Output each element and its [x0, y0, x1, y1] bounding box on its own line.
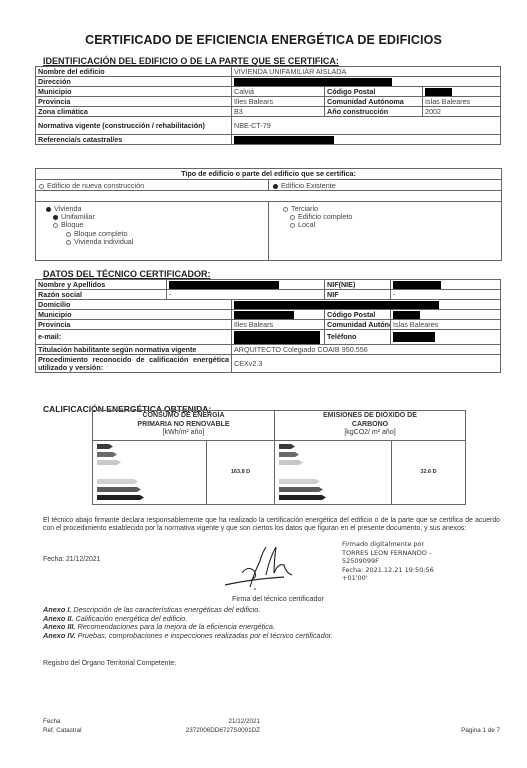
- label-cadastral: Referencia/s catastral/es: [36, 135, 232, 145]
- footer-date-value: 21/12/2021: [140, 718, 260, 725]
- nif-value: -: [391, 290, 501, 300]
- registry-label: Registro del Órgano Territorial Competen…: [43, 660, 176, 667]
- label-procedure: Procedimiento reconocido de calificación…: [36, 355, 232, 373]
- technician-table: Nombre y Apellidos NIF(NIE) Razón social…: [35, 279, 501, 373]
- label-region: Comunidad Autónoma: [325, 97, 423, 107]
- radio-icon: [290, 223, 295, 228]
- rating-bar-a: [97, 444, 113, 449]
- building-name-value: VIVIENDA UNIFAMILIAR AISLADA: [232, 67, 501, 77]
- radio-icon: [290, 215, 295, 220]
- footer-ref-value: 2372006DD6727S0001DZ: [140, 727, 260, 734]
- radio-icon: [39, 184, 44, 189]
- redacted-address: [234, 78, 392, 86]
- rating-bar-c: [97, 460, 121, 465]
- emissions-rating-value: 32.6 D: [392, 469, 465, 475]
- label-email: e-mail:: [36, 330, 232, 345]
- rating-bar-f: [279, 487, 323, 492]
- municipality-value: Calviá: [232, 87, 325, 97]
- redacted-nif-nie: [393, 281, 441, 289]
- energy-header: CONSUMO DE ENERGÍA PRIMARIA NO RENOVABLE…: [93, 411, 274, 441]
- rating-bar-b: [279, 452, 299, 457]
- regulation-value: NBE-CT-79: [232, 117, 501, 135]
- year-value: 2002: [423, 107, 501, 117]
- label-address: Dirección: [36, 77, 232, 87]
- label-qualification: Titulación habilitante según normativa v…: [36, 345, 232, 355]
- redacted-phone: [393, 332, 435, 342]
- radio-icon: [66, 232, 71, 237]
- redacted-email: [234, 331, 320, 344]
- footer-page: Página 1 de 7: [420, 727, 500, 734]
- rating-bar-g: [97, 495, 144, 500]
- annex-list: Anexo I. Descripción de las característi…: [43, 606, 333, 640]
- building-type-box: Tipo de edificio o parte del edificio qu…: [35, 168, 502, 261]
- label-nif: NIF: [325, 290, 391, 300]
- radio-icon: [66, 240, 71, 245]
- declaration-date: Fecha: 21/12/2021: [43, 556, 100, 563]
- option-existing-building[interactable]: Edificio Existente: [273, 181, 336, 190]
- rating-bar-c: [279, 460, 303, 465]
- label-tech-province: Provincia: [36, 320, 232, 330]
- label-tech-region: Comunidad Autónoma: [325, 320, 391, 330]
- label-tech-postal-code: Código Postal: [325, 310, 391, 320]
- option-block[interactable]: Bloque: [53, 220, 83, 229]
- annex-item: Anexo IV. Pruebas, comprobaciones e insp…: [43, 632, 333, 641]
- rating-table: CONSUMO DE ENERGÍA PRIMARIA NO RENOVABLE…: [92, 410, 466, 505]
- rating-bar-e: [97, 479, 138, 484]
- building-type-heading: Tipo de edificio o parte del edificio qu…: [36, 169, 501, 180]
- province-value: Illes Balears: [232, 97, 325, 107]
- redacted-tech-address: [234, 301, 439, 309]
- label-phone: Teléfono: [325, 330, 391, 345]
- tech-region-value: Islas Baleares: [391, 320, 501, 330]
- rating-bar-f: [97, 487, 141, 492]
- option-premises[interactable]: Local: [290, 220, 315, 229]
- signature-caption: Firma del técnico certificador: [232, 594, 324, 603]
- qualification-value: ARQUITECTO Colegiado COAIB 950.556: [232, 345, 501, 355]
- label-municipality: Municipio: [36, 87, 232, 97]
- label-tech-municipality: Municipio: [36, 310, 232, 320]
- label-regulation: Normativa vigente (construcción / rehabi…: [36, 117, 232, 135]
- energy-rating-value: 163.8 D: [207, 469, 274, 475]
- label-climate-zone: Zona climática: [36, 107, 232, 117]
- redacted-tech-name: [169, 281, 279, 289]
- rating-bar-e: [279, 479, 320, 484]
- redacted-cadastral: [234, 136, 334, 144]
- label-building-name: Nombre del edificio: [36, 67, 232, 77]
- tech-province-value: Illes Balears: [232, 320, 325, 330]
- radio-selected-icon: [46, 207, 51, 212]
- label-year: Año construcción: [325, 107, 423, 117]
- company-value: -: [167, 290, 325, 300]
- technician-heading: DATOS DEL TÉCNICO CERTIFICADOR:: [43, 269, 211, 279]
- redacted-postal-code: [425, 88, 452, 96]
- region-value: Islas Baleares: [423, 97, 501, 107]
- signature-icon: [222, 543, 307, 593]
- rating-bar-g: [279, 495, 326, 500]
- label-company: Razón social: [36, 290, 167, 300]
- footer-ref-label: Ref. Catastral: [43, 727, 82, 734]
- document-title: CERTIFICADO DE EFICIENCIA ENERGÉTICA DE …: [0, 33, 527, 47]
- identification-heading: IDENTIFICACIÓN DEL EDIFICIO O DE LA PART…: [43, 56, 339, 66]
- radio-selected-icon: [273, 184, 278, 189]
- radio-selected-icon: [53, 215, 58, 220]
- digital-signature-block: Firmado digitalmente por TORRES LEON FER…: [342, 540, 434, 583]
- label-province: Provincia: [36, 97, 232, 107]
- label-nif-nie: NIF(NIE): [325, 280, 391, 290]
- rating-bar-b: [97, 452, 117, 457]
- radio-icon: [53, 223, 58, 228]
- climate-zone-value: B3: [232, 107, 325, 117]
- label-tech-name: Nombre y Apellidos: [36, 280, 167, 290]
- option-single-dwelling[interactable]: Vivienda individual: [66, 237, 133, 246]
- label-postal-code: Código Postal: [325, 87, 423, 97]
- procedure-value: CEXv2.3: [232, 355, 501, 373]
- redacted-tech-municipality: [234, 311, 294, 319]
- declaration-text: El técnico abajo firmante declara respon…: [43, 517, 500, 534]
- radio-icon: [283, 207, 288, 212]
- redacted-tech-postal-code: [393, 311, 420, 319]
- identification-table: Nombre del edificio VIVIENDA UNIFAMILIAR…: [35, 66, 501, 145]
- label-tech-address: Domicilio: [36, 300, 232, 310]
- emissions-header: EMISIONES DE DIÓXIDO DE CARBONO [kgCO2/ …: [275, 411, 465, 441]
- footer-date-label: Fecha: [43, 718, 61, 725]
- option-new-building[interactable]: Edificio de nueva construcción: [39, 181, 144, 190]
- rating-bar-a: [279, 444, 295, 449]
